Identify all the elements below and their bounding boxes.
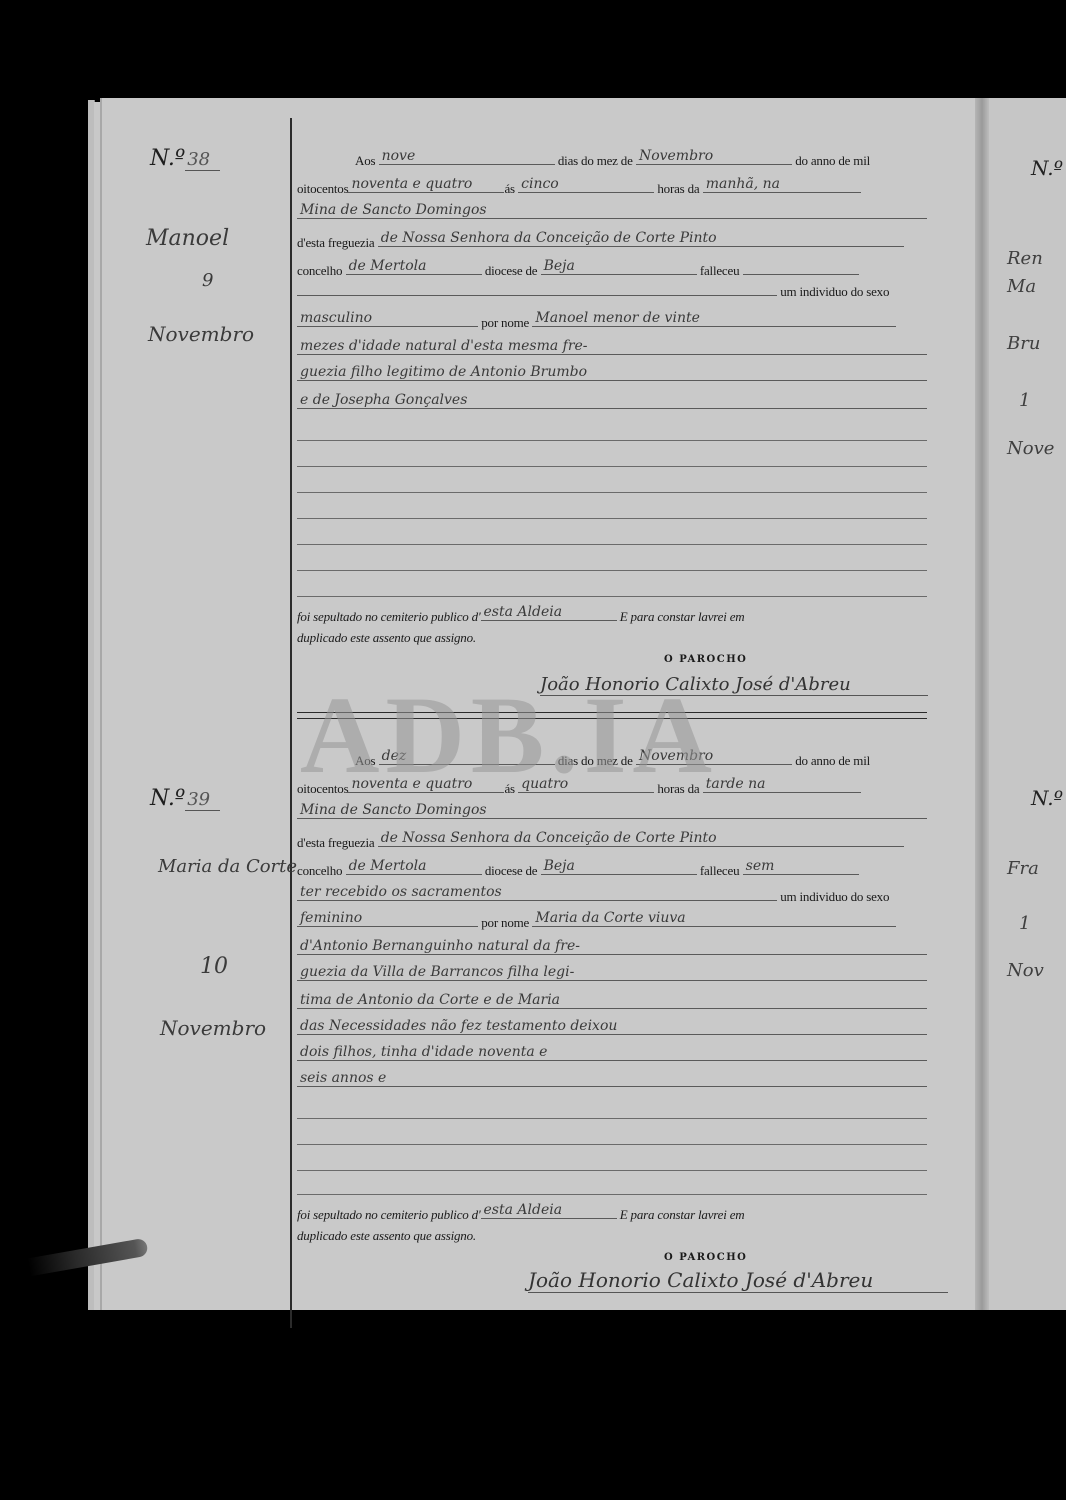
label-por-nome: por nome xyxy=(481,915,529,930)
form-line-duplicado: duplicado este assento que assigno. xyxy=(297,1228,927,1258)
adjacent-margin-text: Bru xyxy=(1007,333,1040,354)
adjacent-margin-text: Nove xyxy=(1007,438,1054,459)
parish-priest-signature: João Honorio Calixto José d'Abreu xyxy=(528,1268,948,1293)
margin-rule xyxy=(290,118,292,718)
field-description: tima de Antonio da Corte e de Maria xyxy=(297,992,927,1009)
parocho-label: O PAROCHO xyxy=(664,654,747,665)
form-line-freguezia: d'esta freguezia de Nossa Senhora da Con… xyxy=(297,230,927,260)
entry-number-value: 39 xyxy=(185,789,220,811)
field-concelho: de Mertola xyxy=(346,858,482,875)
margin-deceased-name: Manoel xyxy=(146,226,229,251)
field-description: d'Antonio Bernanguinho natural da fre- xyxy=(297,938,927,955)
adjacent-margin-text: Nov xyxy=(1007,960,1044,981)
field-diocese: Beja xyxy=(541,858,697,875)
form-line-freguezia: d'esta freguezia de Nossa Senhora da Con… xyxy=(297,830,927,860)
field-diocese: Beja xyxy=(541,258,697,275)
label-sepultado: foi sepultado no cemiterio publico d' xyxy=(297,609,481,624)
field-extra xyxy=(297,295,777,296)
margin-day: 9 xyxy=(202,270,213,291)
field-sexo: masculino xyxy=(297,310,478,327)
label-horas-da: horas da xyxy=(657,781,699,796)
label-as: ás xyxy=(504,781,514,796)
label-concelho: concelho xyxy=(297,863,342,878)
adjacent-margin-text: Ren xyxy=(1007,248,1043,269)
blank-rule xyxy=(297,466,927,467)
blank-rule xyxy=(297,1118,927,1119)
label-dias-do-mez: dias do mez de xyxy=(558,753,633,768)
field-sexo: feminino xyxy=(297,910,478,927)
field-description: das Necessidades não fez testamento deix… xyxy=(297,1018,927,1035)
form-line-description: e de Josepha Gonçalves xyxy=(297,392,927,422)
adjacent-page: N.º Ren Ma Bru 1 Nove N.º Fra 1 Nov xyxy=(989,98,1066,1310)
field-freguezia: de Nossa Senhora da Conceição de Corte P… xyxy=(378,230,904,247)
field-cemiterio: esta Aldeia xyxy=(481,1202,617,1219)
margin-month: Novembro xyxy=(148,322,254,346)
label-concelho: concelho xyxy=(297,263,342,278)
form-line-description: guezia filho legitimo de Antonio Brumbo xyxy=(297,364,927,394)
label-por-nome: por nome xyxy=(481,315,529,330)
blank-rule xyxy=(297,1194,927,1195)
label-aos: Aos xyxy=(355,753,375,768)
field-nome: Manoel menor de vinte xyxy=(532,310,896,327)
field-description: dois filhos, tinha d'idade noventa e xyxy=(297,1044,927,1061)
field-description: e de Josepha Gonçalves xyxy=(297,392,927,409)
label-as: ás xyxy=(504,181,514,196)
field-nome: Maria da Corte viuva xyxy=(532,910,896,927)
number-prefix: N.º xyxy=(150,786,185,811)
field-falleceu: sem xyxy=(743,858,859,875)
label-falleceu: falleceu xyxy=(700,863,740,878)
margin-day: 10 xyxy=(200,954,228,979)
form-line-description: guezia da Villa de Barrancos filha legi- xyxy=(297,964,927,994)
entry-number: N.º38 xyxy=(150,146,220,171)
entry-separator xyxy=(297,712,927,719)
field-cemiterio: esta Aldeia xyxy=(481,604,617,621)
form-line-date: Aos nove dias do mez de Novembro do anno… xyxy=(297,148,927,178)
field-periodo: manhã, na xyxy=(703,176,861,193)
label-diocese: diocese de xyxy=(485,263,538,278)
form-line-description: seis annos e xyxy=(297,1070,927,1100)
field-dia: dez xyxy=(379,748,555,765)
form-line-nome: masculino por nome Manoel menor de vinte xyxy=(297,310,927,340)
form-line-duplicado: duplicado este assento que assigno. xyxy=(297,630,927,660)
adjacent-margin-text: Ma xyxy=(1007,276,1036,297)
blank-rule xyxy=(297,518,927,519)
adjacent-margin-text: 1 xyxy=(1019,913,1030,934)
field-horas: cinco xyxy=(518,176,654,193)
form-line-nome: feminino por nome Maria da Corte viuva xyxy=(297,910,927,940)
field-mez: Novembro xyxy=(636,148,792,165)
form-line-location: Mina de Sancto Domingos xyxy=(297,802,927,832)
label-constar: E para constar lavrei em xyxy=(620,1207,745,1222)
adjacent-entry-number: N.º xyxy=(1031,156,1063,180)
label-duplicado: duplicado este assento que assigno. xyxy=(297,1228,476,1243)
label-dias-do-mez: dias do mez de xyxy=(558,153,633,168)
label-oitocentos: oitocentos xyxy=(297,781,348,796)
entry-number: N.º39 xyxy=(150,786,220,811)
margin-deceased-name: Maria da Corte xyxy=(158,856,297,877)
field-horas: quatro xyxy=(518,776,654,793)
field-local: Mina de Sancto Domingos xyxy=(297,202,927,219)
label-freguezia: d'esta freguezia xyxy=(297,835,374,850)
field-description: guezia filho legitimo de Antonio Brumbo xyxy=(297,364,927,381)
blank-rule xyxy=(297,440,927,441)
blank-rule xyxy=(297,570,927,571)
label-freguezia: d'esta freguezia xyxy=(297,235,374,250)
blank-rule xyxy=(297,596,927,597)
field-concelho: de Mertola xyxy=(346,258,482,275)
field-local: Mina de Sancto Domingos xyxy=(297,802,927,819)
form-line-location: Mina de Sancto Domingos xyxy=(297,202,927,232)
field-description: guezia da Villa de Barrancos filha legi- xyxy=(297,964,927,981)
field-periodo: tarde na xyxy=(703,776,861,793)
parish-priest-signature: João Honorio Calixto José d'Abreu xyxy=(540,674,928,696)
label-falleceu: falleceu xyxy=(700,263,740,278)
field-dia: nove xyxy=(379,148,555,165)
label-oitocentos: oitocentos xyxy=(297,181,348,196)
adjacent-entry-number: N.º xyxy=(1031,786,1063,810)
label-sepultado: foi sepultado no cemiterio publico d' xyxy=(297,1207,481,1222)
blank-rule xyxy=(297,492,927,493)
field-description: seis annos e xyxy=(297,1070,927,1087)
label-anno: do anno de mil xyxy=(795,153,870,168)
form-line-date: Aos dez dias do mez de Novembro do anno … xyxy=(297,748,927,778)
blank-rule xyxy=(297,1144,927,1145)
field-falleceu xyxy=(743,274,859,275)
label-aos: Aos xyxy=(355,153,375,168)
parocho-label: O PAROCHO xyxy=(664,1252,747,1263)
label-sexo: um individuo do sexo xyxy=(780,889,889,904)
field-anno: noventa e quatro xyxy=(348,776,504,793)
margin-month: Novembro xyxy=(160,1016,266,1040)
field-description: mezes d'idade natural d'esta mesma fre- xyxy=(297,338,927,355)
label-sexo: um individuo do sexo xyxy=(780,284,889,299)
field-freguezia: de Nossa Senhora da Conceição de Corte P… xyxy=(378,830,904,847)
label-anno: do anno de mil xyxy=(795,753,870,768)
field-mez: Novembro xyxy=(636,748,792,765)
blank-rule xyxy=(297,1170,927,1171)
margin-rule xyxy=(290,718,292,1328)
entry-number-value: 38 xyxy=(185,149,220,171)
adjacent-margin-text: 1 xyxy=(1019,390,1030,411)
field-anno: noventa e quatro xyxy=(348,176,504,193)
label-constar: E para constar lavrei em xyxy=(620,609,745,624)
number-prefix: N.º xyxy=(150,146,185,171)
field-extra: ter recebido os sacramentos xyxy=(297,884,777,901)
label-duplicado: duplicado este assento que assigno. xyxy=(297,630,476,645)
book-gutter xyxy=(975,98,989,1310)
adjacent-margin-text: Fra xyxy=(1007,858,1039,879)
blank-rule xyxy=(297,544,927,545)
label-diocese: diocese de xyxy=(485,863,538,878)
label-horas-da: horas da xyxy=(657,181,699,196)
